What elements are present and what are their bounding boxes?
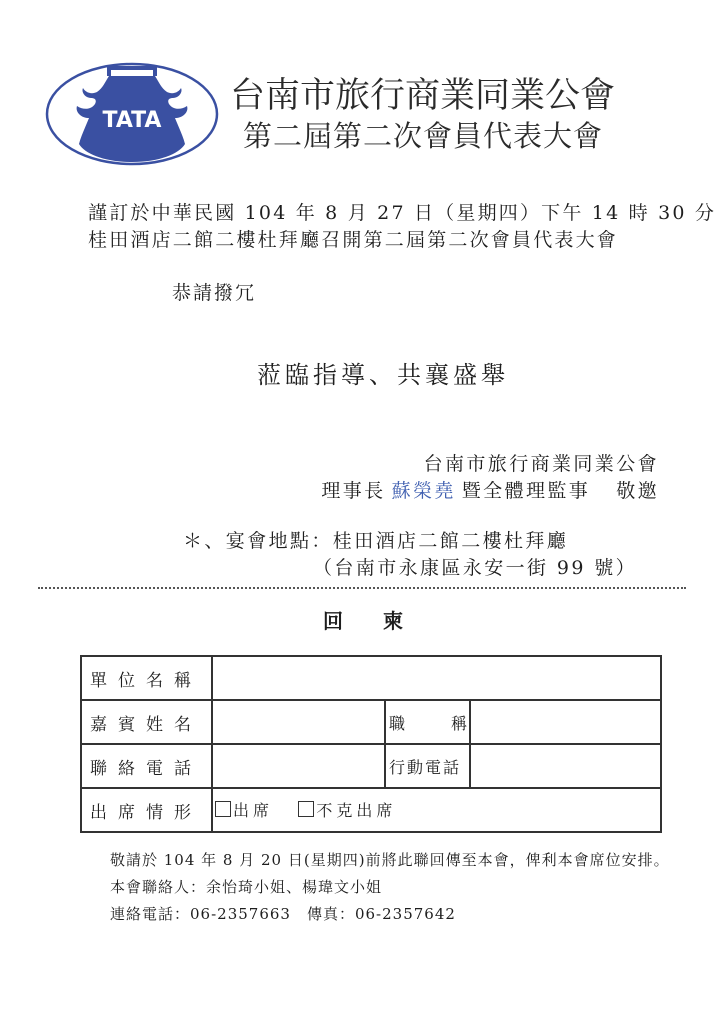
attend-checkbox[interactable] xyxy=(215,801,231,817)
mobile-phone-label: 行動電話 xyxy=(385,744,470,788)
org-title: 台南市旅行商業同業公會 xyxy=(230,68,615,118)
contact-phone-field[interactable] xyxy=(212,744,385,788)
contact-phone-label: 聯絡電話 xyxy=(81,744,212,788)
tear-off-dotted-divider xyxy=(38,587,686,589)
guest-name-field[interactable] xyxy=(212,700,385,744)
phone-fax-note: 連絡電話：06-2357663 傳真：06-2357642 xyxy=(110,903,456,924)
tata-logo: TATA xyxy=(45,62,219,166)
reply-deadline-note: 敬請於 104 年 8 月 20 日(星期四)前將此聯回傳至本會，俾利本會席位安… xyxy=(110,849,670,870)
signature-chair-line: 理事長蘇榮堯暨全體理監事敬邀 xyxy=(321,476,659,503)
chair-title-prefix: 理事長 xyxy=(321,480,385,502)
invitation-venue-line: 桂田酒店二館二樓杜拜廳召開第二屆第二次會員代表大會 xyxy=(88,225,618,252)
table-row: 嘉賓姓名 職 稱 xyxy=(81,700,661,744)
chair-title-suffix: 暨全體理監事 xyxy=(462,480,590,502)
organization-name-field[interactable] xyxy=(212,656,661,700)
decline-checkbox[interactable] xyxy=(298,801,314,817)
banquet-address: （台南市永康區永安一街 99 號） xyxy=(313,553,637,580)
logo-text: TATA xyxy=(103,108,162,133)
chair-name: 蘇榮堯 xyxy=(392,480,456,502)
contact-persons-note: 本會聯絡人：余怡琦小姐、楊瑋文小姐 xyxy=(110,876,382,897)
table-row: 聯絡電話 行動電話 xyxy=(81,744,661,788)
reply-form-title: 回柬 xyxy=(323,605,443,634)
job-title-field[interactable] xyxy=(470,700,661,744)
event-title: 第二屆第二次會員代表大會 xyxy=(243,114,603,155)
signature-closing: 敬邀 xyxy=(616,480,659,502)
guest-name-label: 嘉賓姓名 xyxy=(81,700,212,744)
organization-name-label: 單位名稱 xyxy=(81,656,212,700)
invitation-date-line: 謹訂於中華民國 104 年 8 月 27 日（星期四）下午 14 時 30 分 xyxy=(88,198,716,225)
reply-form-table: 單位名稱 嘉賓姓名 職 稱 聯絡電話 行動電話 出席情形 出席 不克出席 xyxy=(80,655,662,833)
mobile-phone-field[interactable] xyxy=(470,744,661,788)
banquet-venue: ＊、宴會地點：桂田酒店二館二樓杜拜廳 xyxy=(183,526,568,553)
decline-checkbox-option[interactable]: 不克出席 xyxy=(298,798,396,821)
attend-option-label: 出席 xyxy=(233,798,273,821)
invitation-request: 恭請撥冗 xyxy=(172,278,256,305)
job-title-label: 職 稱 xyxy=(385,700,470,744)
table-row: 單位名稱 xyxy=(81,656,661,700)
table-row: 出席情形 出席 不克出席 xyxy=(81,788,661,832)
signature-org: 台南市旅行商業同業公會 xyxy=(424,449,659,476)
attendance-options: 出席 不克出席 xyxy=(212,788,661,832)
pagoda-oval-logo-icon: TATA xyxy=(45,62,219,166)
attendance-label: 出席情形 xyxy=(81,788,212,832)
attend-phrase: 蒞臨指導、共襄盛舉 xyxy=(257,355,509,390)
attend-checkbox-option[interactable]: 出席 xyxy=(215,798,273,821)
decline-option-label: 不克出席 xyxy=(316,798,396,821)
